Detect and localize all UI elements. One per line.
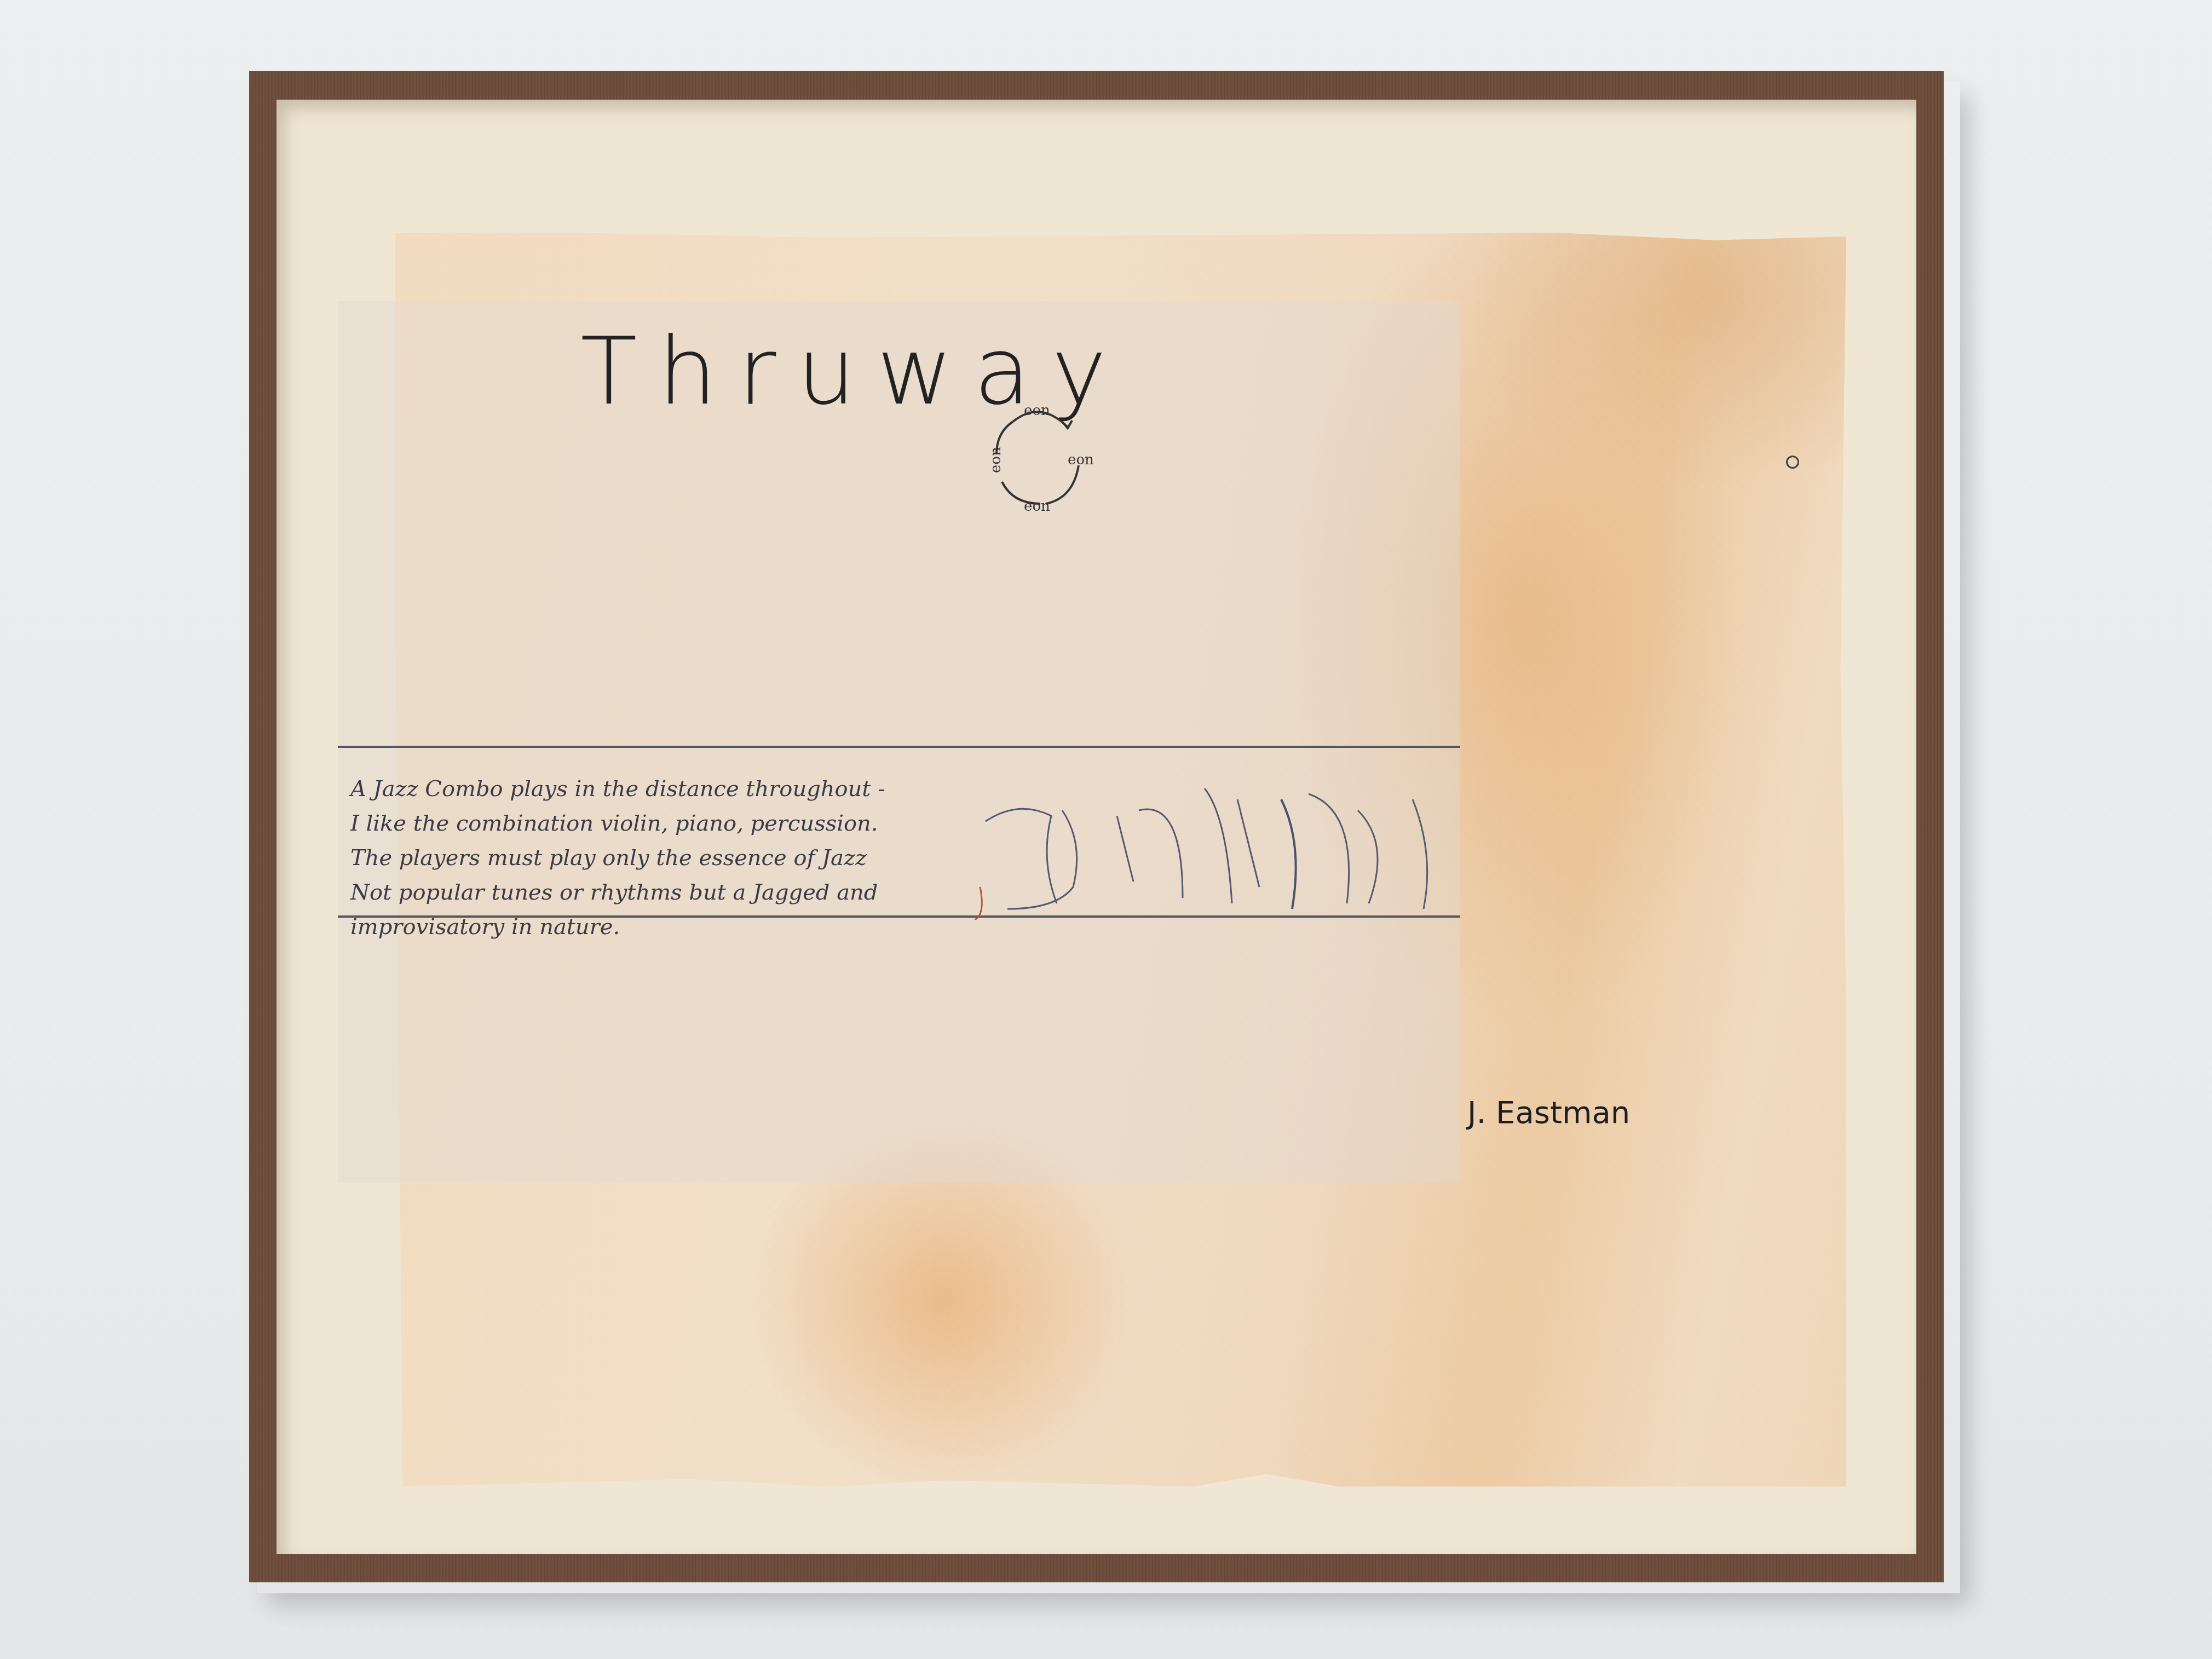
cycle-label-top: eon	[1024, 402, 1050, 419]
eon-cycle-diagram: eon eon eon eon	[980, 400, 1101, 520]
pencil-scribbles	[975, 777, 1467, 920]
note-line: Not popular tunes or rhythms but a Jagge…	[350, 875, 953, 910]
artist-signature: J. Eastman	[1467, 1095, 1630, 1131]
cycle-label-right: eon	[1068, 452, 1094, 468]
cycle-label-bottom: eon	[1024, 498, 1050, 515]
cycle-label-left: eon	[988, 447, 1004, 473]
note-line: improvisatory in nature.	[350, 910, 953, 944]
overlay-sheet	[338, 301, 1460, 1183]
handwritten-notes: A Jazz Combo plays in the distance throu…	[350, 772, 953, 944]
note-line: The players must play only the essence o…	[350, 841, 953, 875]
pin-hole	[1786, 456, 1799, 469]
upper-rule-line	[338, 746, 1460, 748]
note-line: A Jazz Combo plays in the distance throu…	[350, 772, 953, 807]
note-line: I like the combination violin, piano, pe…	[350, 807, 953, 841]
